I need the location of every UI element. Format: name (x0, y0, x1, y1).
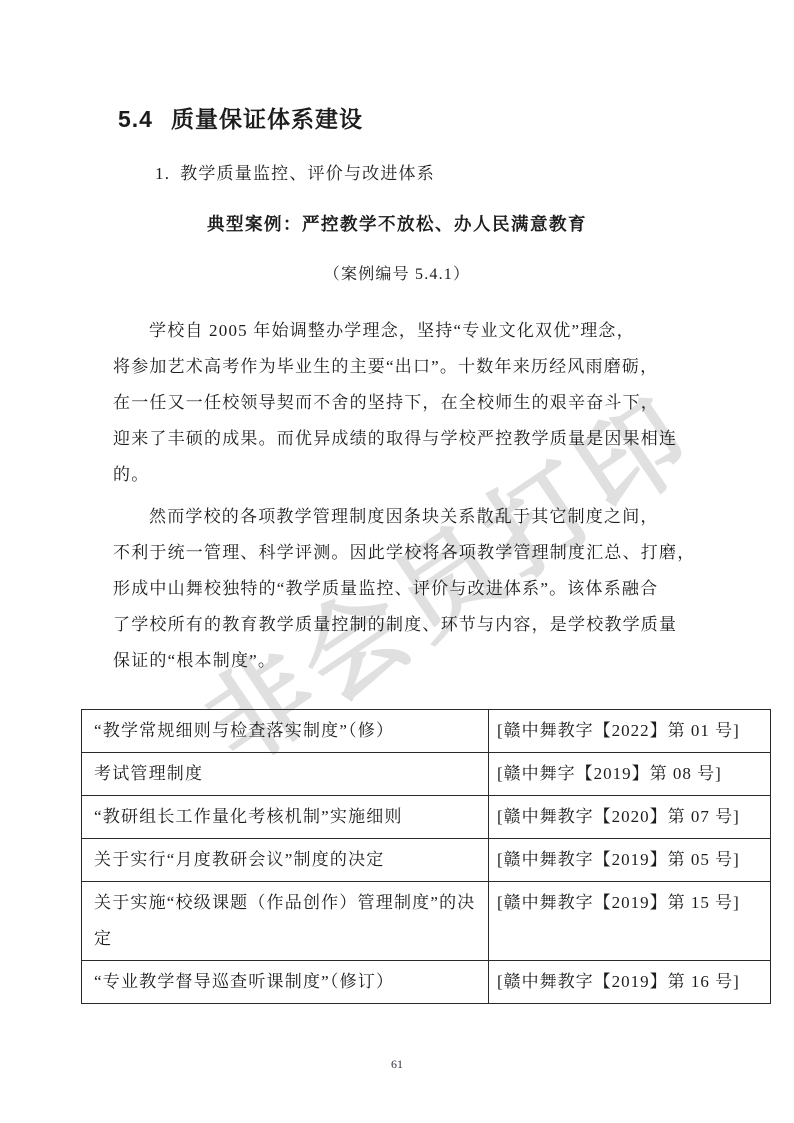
text-line: 形成中山舞校独特的“教学质量监控、评价与改进体系”。该体系融合 (113, 571, 684, 607)
text-line: 的。 (113, 457, 684, 493)
section-number: 5.4 (118, 106, 153, 132)
case-number: （案例编号 5.4.1） (0, 263, 794, 287)
text-line: 迎来了丰硕的成果。而优异成绩的取得与学校严控教学质量是因果相连 (113, 421, 684, 457)
text-line: 然而学校的各项教学管理制度因条块关系散乱于其它制度之间， (113, 499, 684, 535)
list-item-number: 1. (155, 164, 170, 183)
document-page: 非会员打印 5.4质量保证体系建设 1.教学质量监控、评价与改进体系 典型案例：… (0, 0, 794, 1123)
table-row: 关于实行“月度教研会议”制度的决定 [赣中舞教字【2019】第 05 号] (82, 839, 771, 882)
regulation-name-cell: “专业教学督导巡查听课制度”（修订） (82, 961, 489, 1004)
regulation-name-cell: 关于实施“校级课题（作品创作）管理制度”的决定 (82, 882, 489, 961)
regulation-name-cell: “教研组长工作量化考核机制”实施细则 (82, 796, 489, 839)
regulation-code-cell: [赣中舞教字【2019】第 15 号] (489, 882, 771, 961)
regulation-code-cell: [赣中舞字【2019】第 08 号] (489, 753, 771, 796)
list-item-text: 教学质量监控、评价与改进体系 (180, 164, 435, 183)
page-number: 61 (0, 1056, 794, 1072)
table-row: 考试管理制度 [赣中舞字【2019】第 08 号] (82, 753, 771, 796)
paragraph-2: 然而学校的各项教学管理制度因条块关系散乱于其它制度之间， 不利于统一管理、科学评… (113, 499, 684, 679)
table-row: “教研组长工作量化考核机制”实施细则 [赣中舞教字【2020】第 07 号] (82, 796, 771, 839)
regulation-name-cell: “教学常规细则与检查落实制度”（修） (82, 710, 489, 753)
regulation-code-cell: [赣中舞教字【2019】第 16 号] (489, 961, 771, 1004)
text-line: 保证的“根本制度”。 (113, 643, 684, 679)
regulation-name-cell: 考试管理制度 (82, 753, 489, 796)
text-line: 了学校所有的教育教学质量控制的制度、环节与内容，是学校教学质量 (113, 607, 684, 643)
section-title: 质量保证体系建设 (171, 106, 363, 132)
regulation-name-cell: 关于实行“月度教研会议”制度的决定 (82, 839, 489, 882)
table-row: “教学常规细则与检查落实制度”（修） [赣中舞教字【2022】第 01 号] (82, 710, 771, 753)
list-item-1: 1.教学质量监控、评价与改进体系 (155, 161, 794, 187)
page-content: 5.4质量保证体系建设 1.教学质量监控、评价与改进体系 典型案例：严控教学不放… (0, 0, 794, 1004)
text-line: 不利于统一管理、科学评测。因此学校将各项教学管理制度汇总、打磨， (113, 535, 684, 571)
case-title: 典型案例：严控教学不放松、办人民满意教育 (0, 211, 794, 237)
regulation-code-cell: [赣中舞教字【2019】第 05 号] (489, 839, 771, 882)
table-row: “专业教学督导巡查听课制度”（修订） [赣中舞教字【2019】第 16 号] (82, 961, 771, 1004)
paragraph-1: 学校自 2005 年始调整办学理念，坚持“专业文化双优”理念， 将参加艺术高考作… (113, 313, 684, 493)
regulations-table: “教学常规细则与检查落实制度”（修） [赣中舞教字【2022】第 01 号] 考… (81, 709, 771, 1004)
section-heading: 5.4质量保证体系建设 (118, 103, 794, 135)
regulation-code-cell: [赣中舞教字【2022】第 01 号] (489, 710, 771, 753)
text-line: 在一任又一任校领导契而不舍的坚持下，在全校师生的艰辛奋斗下， (113, 385, 684, 421)
table-row: 关于实施“校级课题（作品创作）管理制度”的决定 [赣中舞教字【2019】第 15… (82, 882, 771, 961)
regulation-code-cell: [赣中舞教字【2020】第 07 号] (489, 796, 771, 839)
text-line: 将参加艺术高考作为毕业生的主要“出口”。十数年来历经风雨磨砺， (113, 349, 684, 385)
text-line: 学校自 2005 年始调整办学理念，坚持“专业文化双优”理念， (113, 313, 684, 349)
